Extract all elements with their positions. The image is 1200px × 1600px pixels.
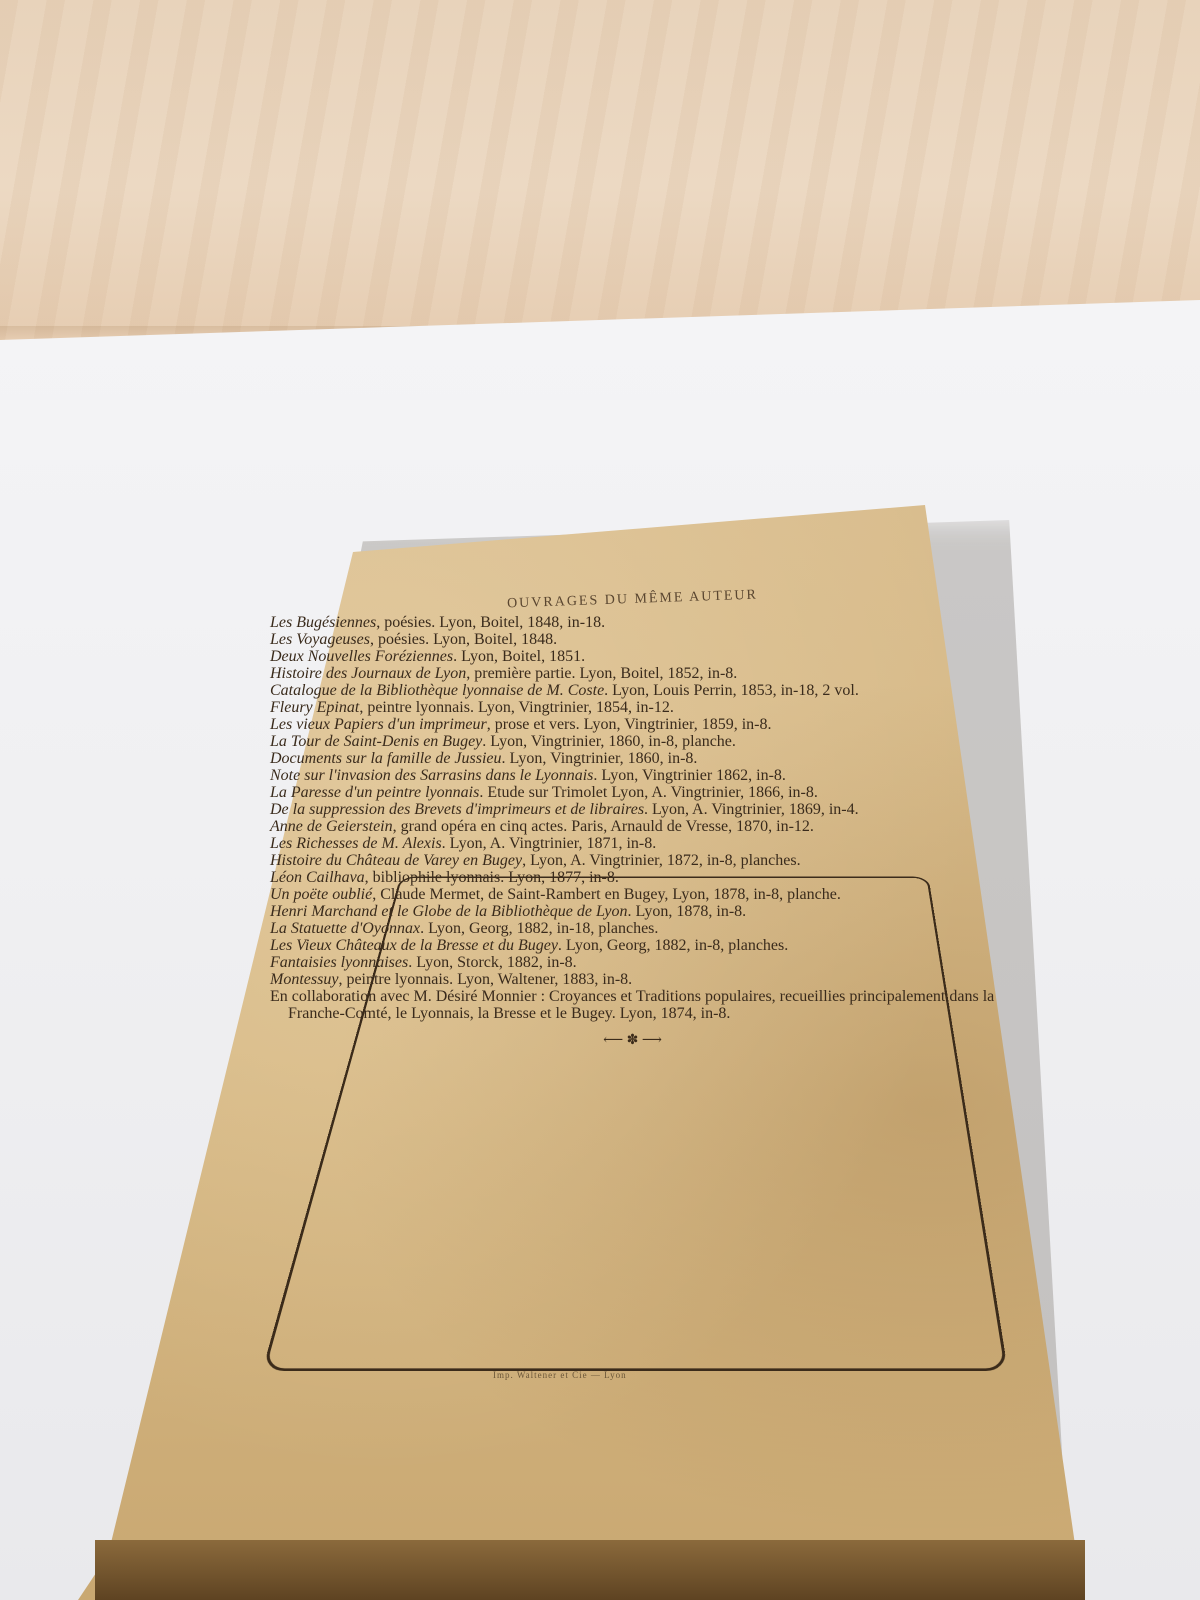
bibliography-entry: La Paresse d'un peintre lyonnais. Etude … (270, 784, 995, 801)
bibliography-entry: Henri Marchand et le Globe de la Bibliot… (270, 903, 995, 920)
entry-details: . Etude sur Trimolet Lyon, A. Vingtrinie… (479, 784, 818, 801)
entry-details: . Lyon, Storck, 1882, in-8. (408, 954, 576, 971)
bibliography-entry: Deux Nouvelles Foréziennes. Lyon, Boitel… (270, 648, 995, 665)
bibliography-entry: Anne de Geierstein, grand opéra en cinq … (270, 818, 995, 835)
bibliography-entry: Note sur l'invasion des Sarrasins dans l… (270, 767, 995, 784)
entry-title: La Paresse d'un peintre lyonnais (270, 784, 479, 801)
entry-details: , peintre lyonnais. Lyon, Waltener, 1883… (338, 971, 632, 988)
entry-title: Fleury Epinat (270, 699, 359, 716)
bibliography-entry: La Statuette d'Oyonnax. Lyon, Georg, 188… (270, 920, 995, 937)
entry-details: . Lyon, Vingtrinier, 1860, in-8, planche… (482, 733, 736, 750)
entry-details: . Lyon, Georg, 1882, in-8, planches. (558, 937, 788, 954)
bibliography-entry: Documents sur la famille de Jussieu. Lyo… (270, 750, 995, 767)
bibliography-entry: Histoire du Château de Varey en Bugey, L… (270, 852, 995, 869)
bibliography-entry: De la suppression des Brevets d'imprimeu… (270, 801, 995, 818)
entry-title: De la suppression des Brevets d'imprimeu… (270, 801, 644, 818)
entry-title: Montessuy (270, 971, 338, 988)
entry-title: Léon Cailhava (270, 869, 365, 886)
book-page-edges (95, 1540, 1085, 1600)
bibliography-entry: Un poëte oublié, Claude Mermet, de Saint… (270, 886, 995, 903)
entry-title: Documents sur la famille de Jussieu (270, 750, 502, 767)
entry-title: Les vieux Papiers d'un imprimeur (270, 716, 487, 733)
entry-title: Henri Marchand et le Globe de la Bibliot… (270, 903, 628, 920)
entry-details: . Lyon, A. Vingtrinier, 1871, in-8. (442, 835, 657, 852)
entry-details: . Lyon, Vingtrinier, 1860, in-8. (502, 750, 698, 767)
bibliography-entry: Fleury Epinat, peintre lyonnais. Lyon, V… (270, 699, 995, 716)
bibliography-entry: En collaboration avec M. Désiré Monnier … (270, 988, 995, 1022)
entry-details: . Lyon, Georg, 1882, in-18, planches. (420, 920, 658, 937)
printer-imprint: Imp. Waltener et Cie — Lyon (493, 1370, 627, 1380)
entry-details: , poésies. Lyon, Boitel, 1848. (370, 631, 557, 648)
bibliography-entry: Les vieux Papiers d'un imprimeur, prose … (270, 716, 995, 733)
entry-details: , prose et vers. Lyon, Vingtrinier, 1859… (487, 716, 772, 733)
entry-title: Note sur l'invasion des Sarrasins dans l… (270, 767, 593, 784)
entry-title: Fantaisies lyonnaises (270, 954, 408, 971)
entry-details: , Lyon, A. Vingtrinier, 1872, in-8, plan… (522, 852, 801, 869)
bibliography-entry: Montessuy, peintre lyonnais. Lyon, Walte… (270, 971, 995, 988)
entry-title: La Tour de Saint-Denis en Bugey (270, 733, 482, 750)
entry-title: Catalogue de la Bibliothèque lyonnaise d… (270, 682, 604, 699)
entry-details: , poésies. Lyon, Boitel, 1848, in-18. (376, 614, 605, 631)
entry-title: Les Vieux Châteaux de la Bresse et du Bu… (270, 937, 558, 954)
bibliography-entry: La Tour de Saint-Denis en Bugey. Lyon, V… (270, 733, 995, 750)
bibliography-entry: Histoire des Journaux de Lyon, première … (270, 665, 995, 682)
entry-details: . Lyon, Vingtrinier 1862, in-8. (593, 767, 786, 784)
entry-title: La Statuette d'Oyonnax (270, 920, 420, 937)
wooden-wall (0, 0, 1200, 340)
entry-title: Deux Nouvelles Foréziennes (270, 648, 453, 665)
entry-details: , grand opéra en cinq actes. Paris, Arna… (393, 818, 814, 835)
entry-details: , Claude Mermet, de Saint-Rambert en Bug… (372, 886, 841, 903)
entry-details: En collaboration avec M. Désiré Monnier … (270, 988, 994, 1022)
bibliography-list: Les Bugésiennes, poésies. Lyon, Boitel, … (270, 614, 995, 1022)
entry-details: . Lyon, 1878, in-8. (628, 903, 747, 920)
entry-details: . Lyon, Boitel, 1851. (453, 648, 585, 665)
ornament-icon: ⟵ ✽ ⟶ (270, 1032, 995, 1049)
bibliography-entry: Les Voyageuses, poésies. Lyon, Boitel, 1… (270, 631, 995, 648)
cover-text-block: OUVRAGES DU MÊME AUTEUR Les Bugésiennes,… (270, 584, 995, 1049)
bibliography-entry: Fantaisies lyonnaises. Lyon, Storck, 188… (270, 954, 995, 971)
entry-details: , bibliophile lyonnais. Lyon, 1877, in-8… (365, 869, 619, 886)
entry-title: Histoire des Journaux de Lyon (270, 665, 466, 682)
entry-details: , première partie. Lyon, Boitel, 1852, i… (466, 665, 737, 682)
entry-title: Un poëte oublié (270, 886, 372, 903)
bibliography-entry: Les Vieux Châteaux de la Bresse et du Bu… (270, 937, 995, 954)
entry-details: . Lyon, A. Vingtrinier, 1869, in-4. (644, 801, 859, 818)
bibliography-entry: Les Richesses de M. Alexis. Lyon, A. Vin… (270, 835, 995, 852)
entry-title: Les Richesses de M. Alexis (270, 835, 442, 852)
bibliography-entry: Catalogue de la Bibliothèque lyonnaise d… (270, 682, 995, 699)
entry-title: Histoire du Château de Varey en Bugey (270, 852, 522, 869)
bibliography-entry: Léon Cailhava, bibliophile lyonnais. Lyo… (270, 869, 995, 886)
entry-title: Les Voyageuses (270, 631, 370, 648)
entry-details: . Lyon, Louis Perrin, 1853, in-18, 2 vol… (604, 682, 859, 699)
entry-title: Anne de Geierstein (270, 818, 393, 835)
entry-details: , peintre lyonnais. Lyon, Vingtrinier, 1… (359, 699, 674, 716)
